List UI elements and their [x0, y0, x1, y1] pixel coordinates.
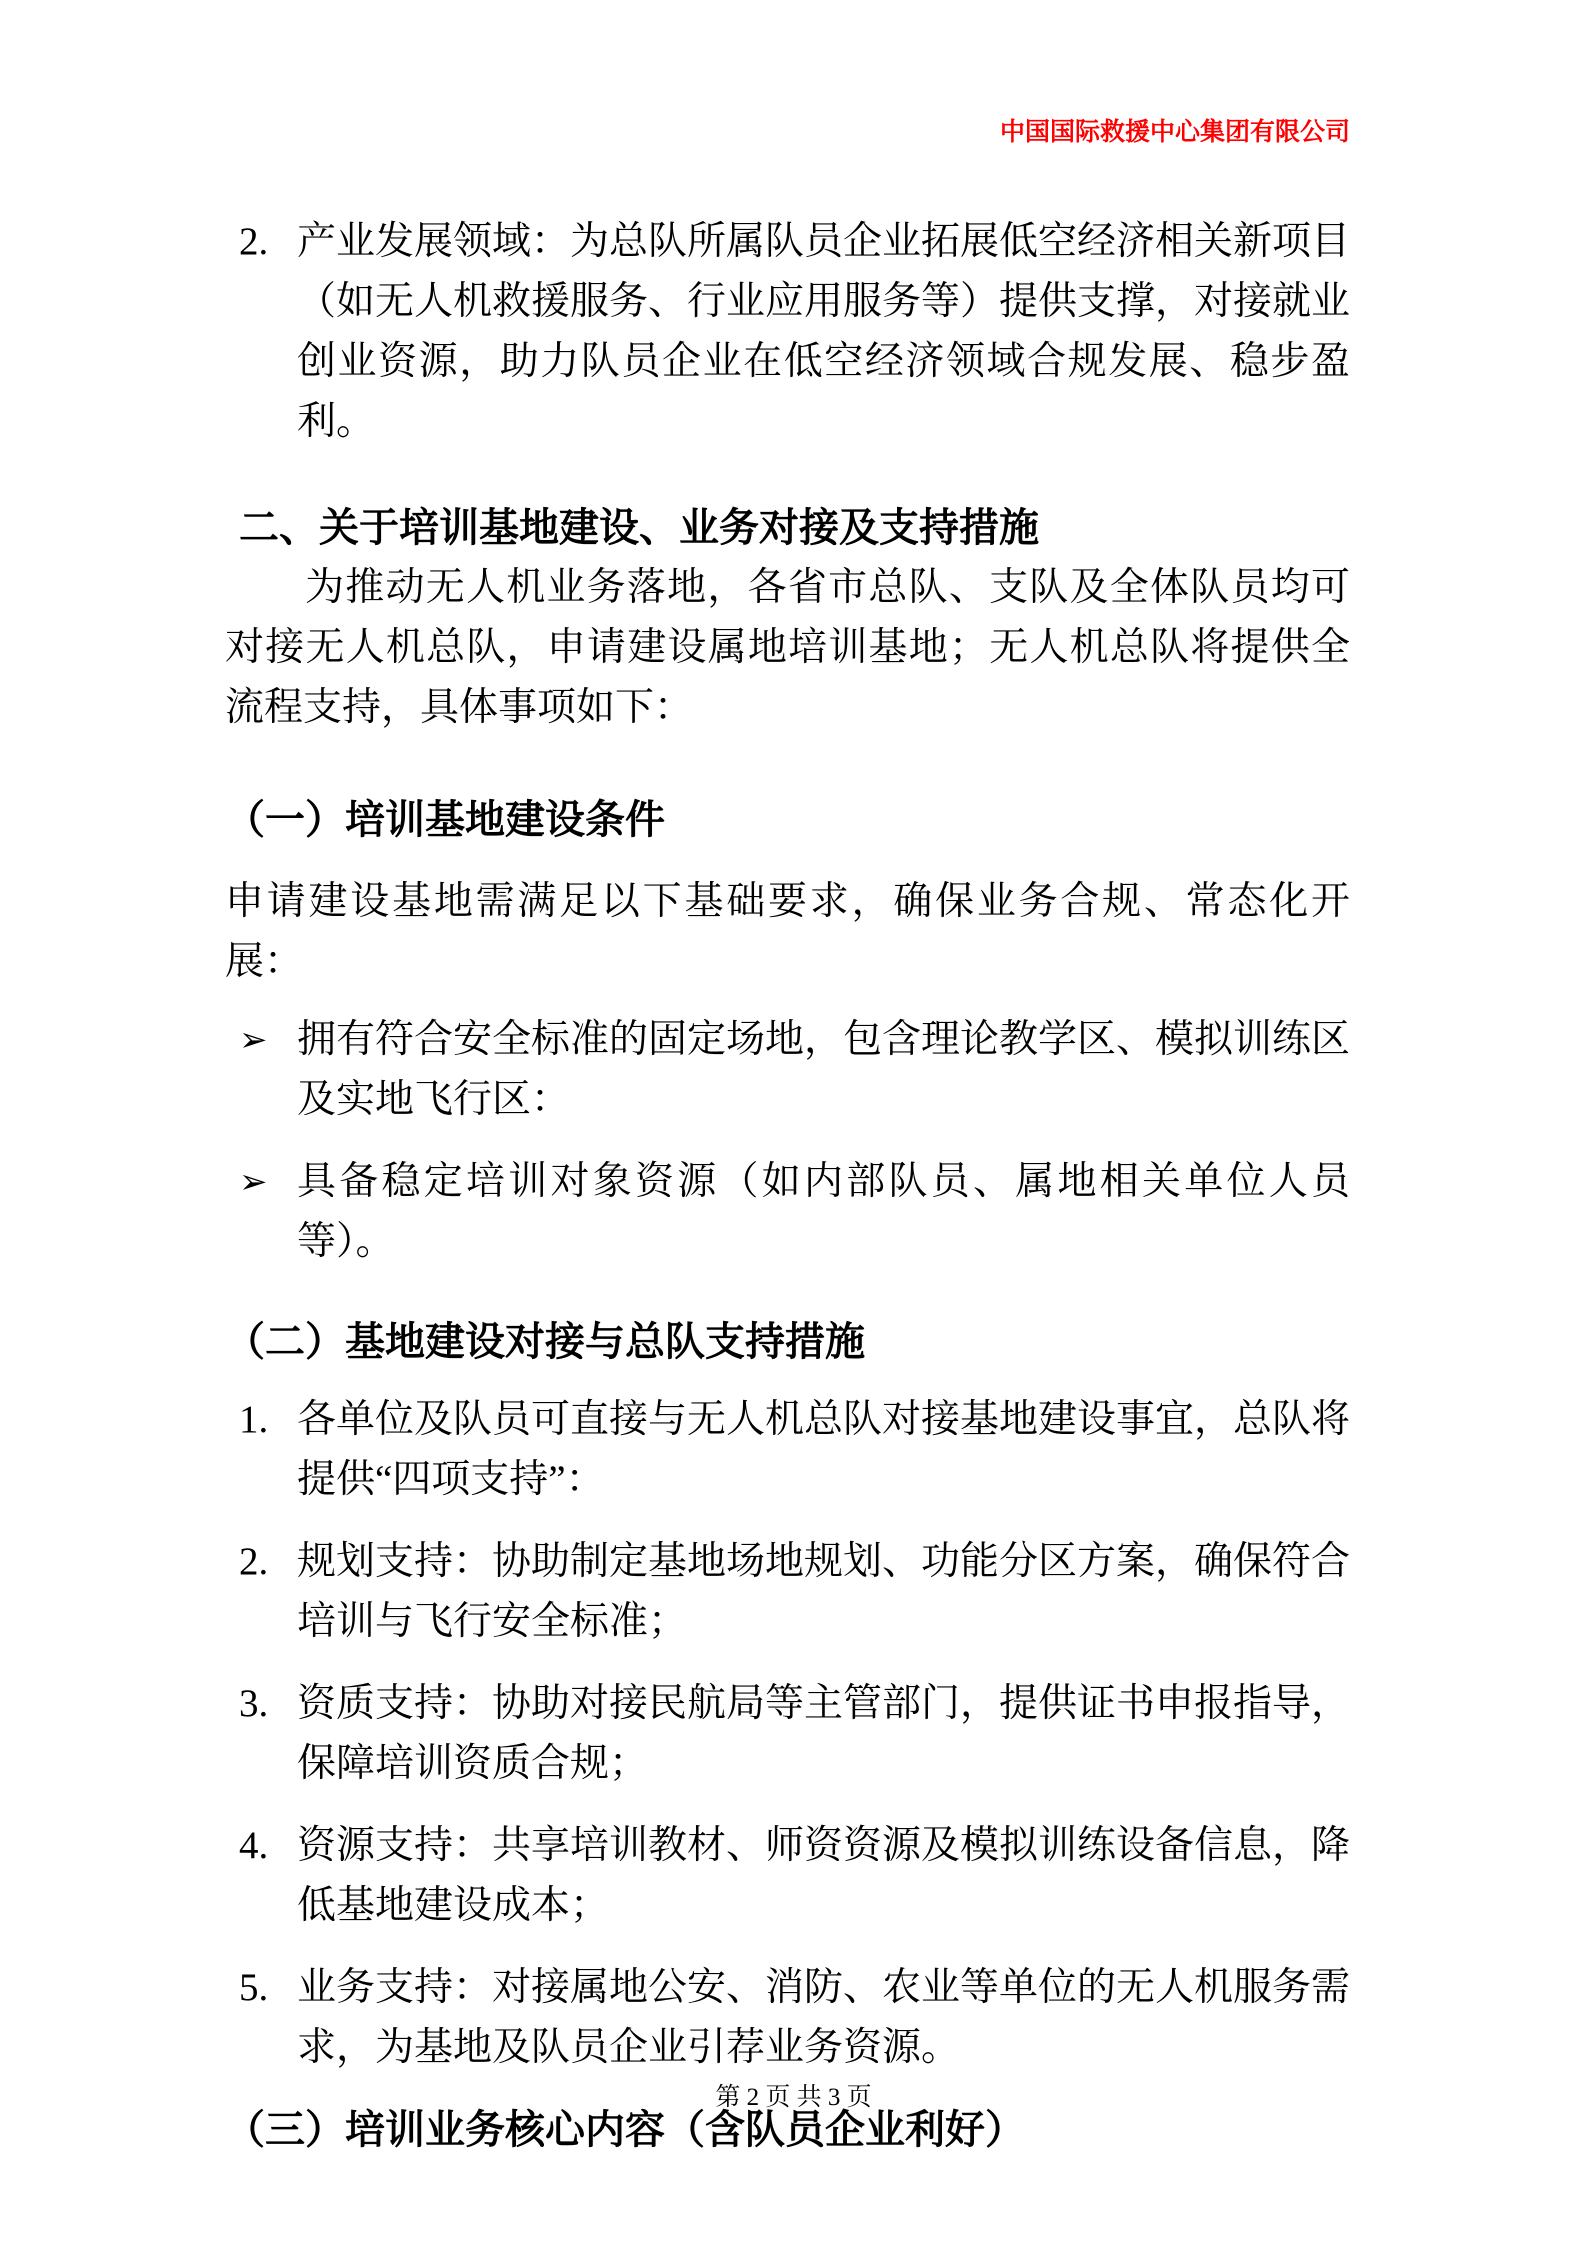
list-number: 4.: [225, 1816, 297, 1936]
arrowhead-bullet-icon: ➢: [225, 1010, 297, 1130]
list-item-text: 资源支持：共享培训教材、师资资源及模拟训练设备信息，降低基地建设成本；: [297, 1816, 1350, 1936]
list-number: 2.: [225, 1532, 297, 1652]
section-2-intro-paragraph: 为推动无人机业务落地，各省市总队、支队及全体队员均可对接无人机总队，申请建设属地…: [225, 558, 1350, 738]
subsection-heading-2: （二）基地建设对接与总队支持措施: [225, 1312, 1350, 1372]
list-item-text: 规划支持：协助制定基地场地规划、功能分区方案，确保符合培训与飞行安全标准；: [297, 1532, 1350, 1652]
list-number: 3.: [225, 1674, 297, 1794]
list-number: 1.: [225, 1390, 297, 1510]
company-name: 中国国际救援中心集团有限公司: [1000, 119, 1350, 146]
list-item: 5. 业务支持：对接属地公安、消防、农业等单位的无人机服务需求，为基地及队员企业…: [225, 1958, 1350, 2078]
list-item-text: 业务支持：对接属地公安、消防、农业等单位的无人机服务需求，为基地及队员企业引荐业…: [297, 1958, 1350, 2078]
list-item-text: 资质支持：协助对接民航局等主管部门，提供证书申报指导，保障培训资质合规；: [297, 1674, 1350, 1794]
list-item: 3. 资质支持：协助对接民航局等主管部门，提供证书申报指导，保障培训资质合规；: [225, 1674, 1350, 1794]
bullet-item-text: 拥有符合安全标准的固定场地，包含理论教学区、模拟训练区及实地飞行区：: [297, 1010, 1350, 1130]
subsection-1-intro: 申请建设基地需满足以下基础要求，确保业务合规、常态化开展：: [225, 872, 1350, 992]
arrowhead-bullet-icon: ➢: [225, 1152, 297, 1272]
list-item: 1. 各单位及队员可直接与无人机总队对接基地建设事宜，总队将提供“四项支持”：: [225, 1390, 1350, 1510]
page-number-footer: 第 2 页 共 3 页: [0, 2082, 1587, 2114]
company-header: 中国国际救援中心集团有限公司: [225, 116, 1350, 150]
list-number: 2.: [225, 212, 297, 452]
list-number: 5.: [225, 1958, 297, 2078]
subsection-heading-1: （一）培训基地建设条件: [225, 790, 1350, 850]
page-number-label: 第 2 页 共 3 页: [715, 2084, 871, 2111]
section-heading-2: 二、关于培训基地建设、业务对接及支持措施: [239, 498, 1350, 558]
document-body: 2. 产业发展领域：为总队所属队员企业拓展低空经济相关新项目（如无人机救援服务、…: [225, 212, 1350, 2160]
requirements-bullet-list: ➢ 拥有符合安全标准的固定场地，包含理论教学区、模拟训练区及实地飞行区： ➢ 具…: [225, 1010, 1350, 1272]
list-item-text: 各单位及队员可直接与无人机总队对接基地建设事宜，总队将提供“四项支持”：: [297, 1390, 1350, 1510]
list-item: 2. 规划支持：协助制定基地场地规划、功能分区方案，确保符合培训与飞行安全标准；: [225, 1532, 1350, 1652]
document-page: 中国国际救援中心集团有限公司 2. 产业发展领域：为总队所属队员企业拓展低空经济…: [0, 0, 1587, 2245]
bullet-item-text: 具备稳定培训对象资源（如内部队员、属地相关单位人员等）。: [297, 1152, 1350, 1272]
list-item-text: 产业发展领域：为总队所属队员企业拓展低空经济相关新项目（如无人机救援服务、行业应…: [297, 212, 1350, 452]
list-item: 4. 资源支持：共享培训教材、师资资源及模拟训练设备信息，降低基地建设成本；: [225, 1816, 1350, 1936]
support-numbered-list: 1. 各单位及队员可直接与无人机总队对接基地建设事宜，总队将提供“四项支持”： …: [225, 1390, 1350, 2078]
bullet-item: ➢ 拥有符合安全标准的固定场地，包含理论教学区、模拟训练区及实地飞行区：: [225, 1010, 1350, 1130]
list-item-industry: 2. 产业发展领域：为总队所属队员企业拓展低空经济相关新项目（如无人机救援服务、…: [225, 212, 1350, 452]
bullet-item: ➢ 具备稳定培训对象资源（如内部队员、属地相关单位人员等）。: [225, 1152, 1350, 1272]
